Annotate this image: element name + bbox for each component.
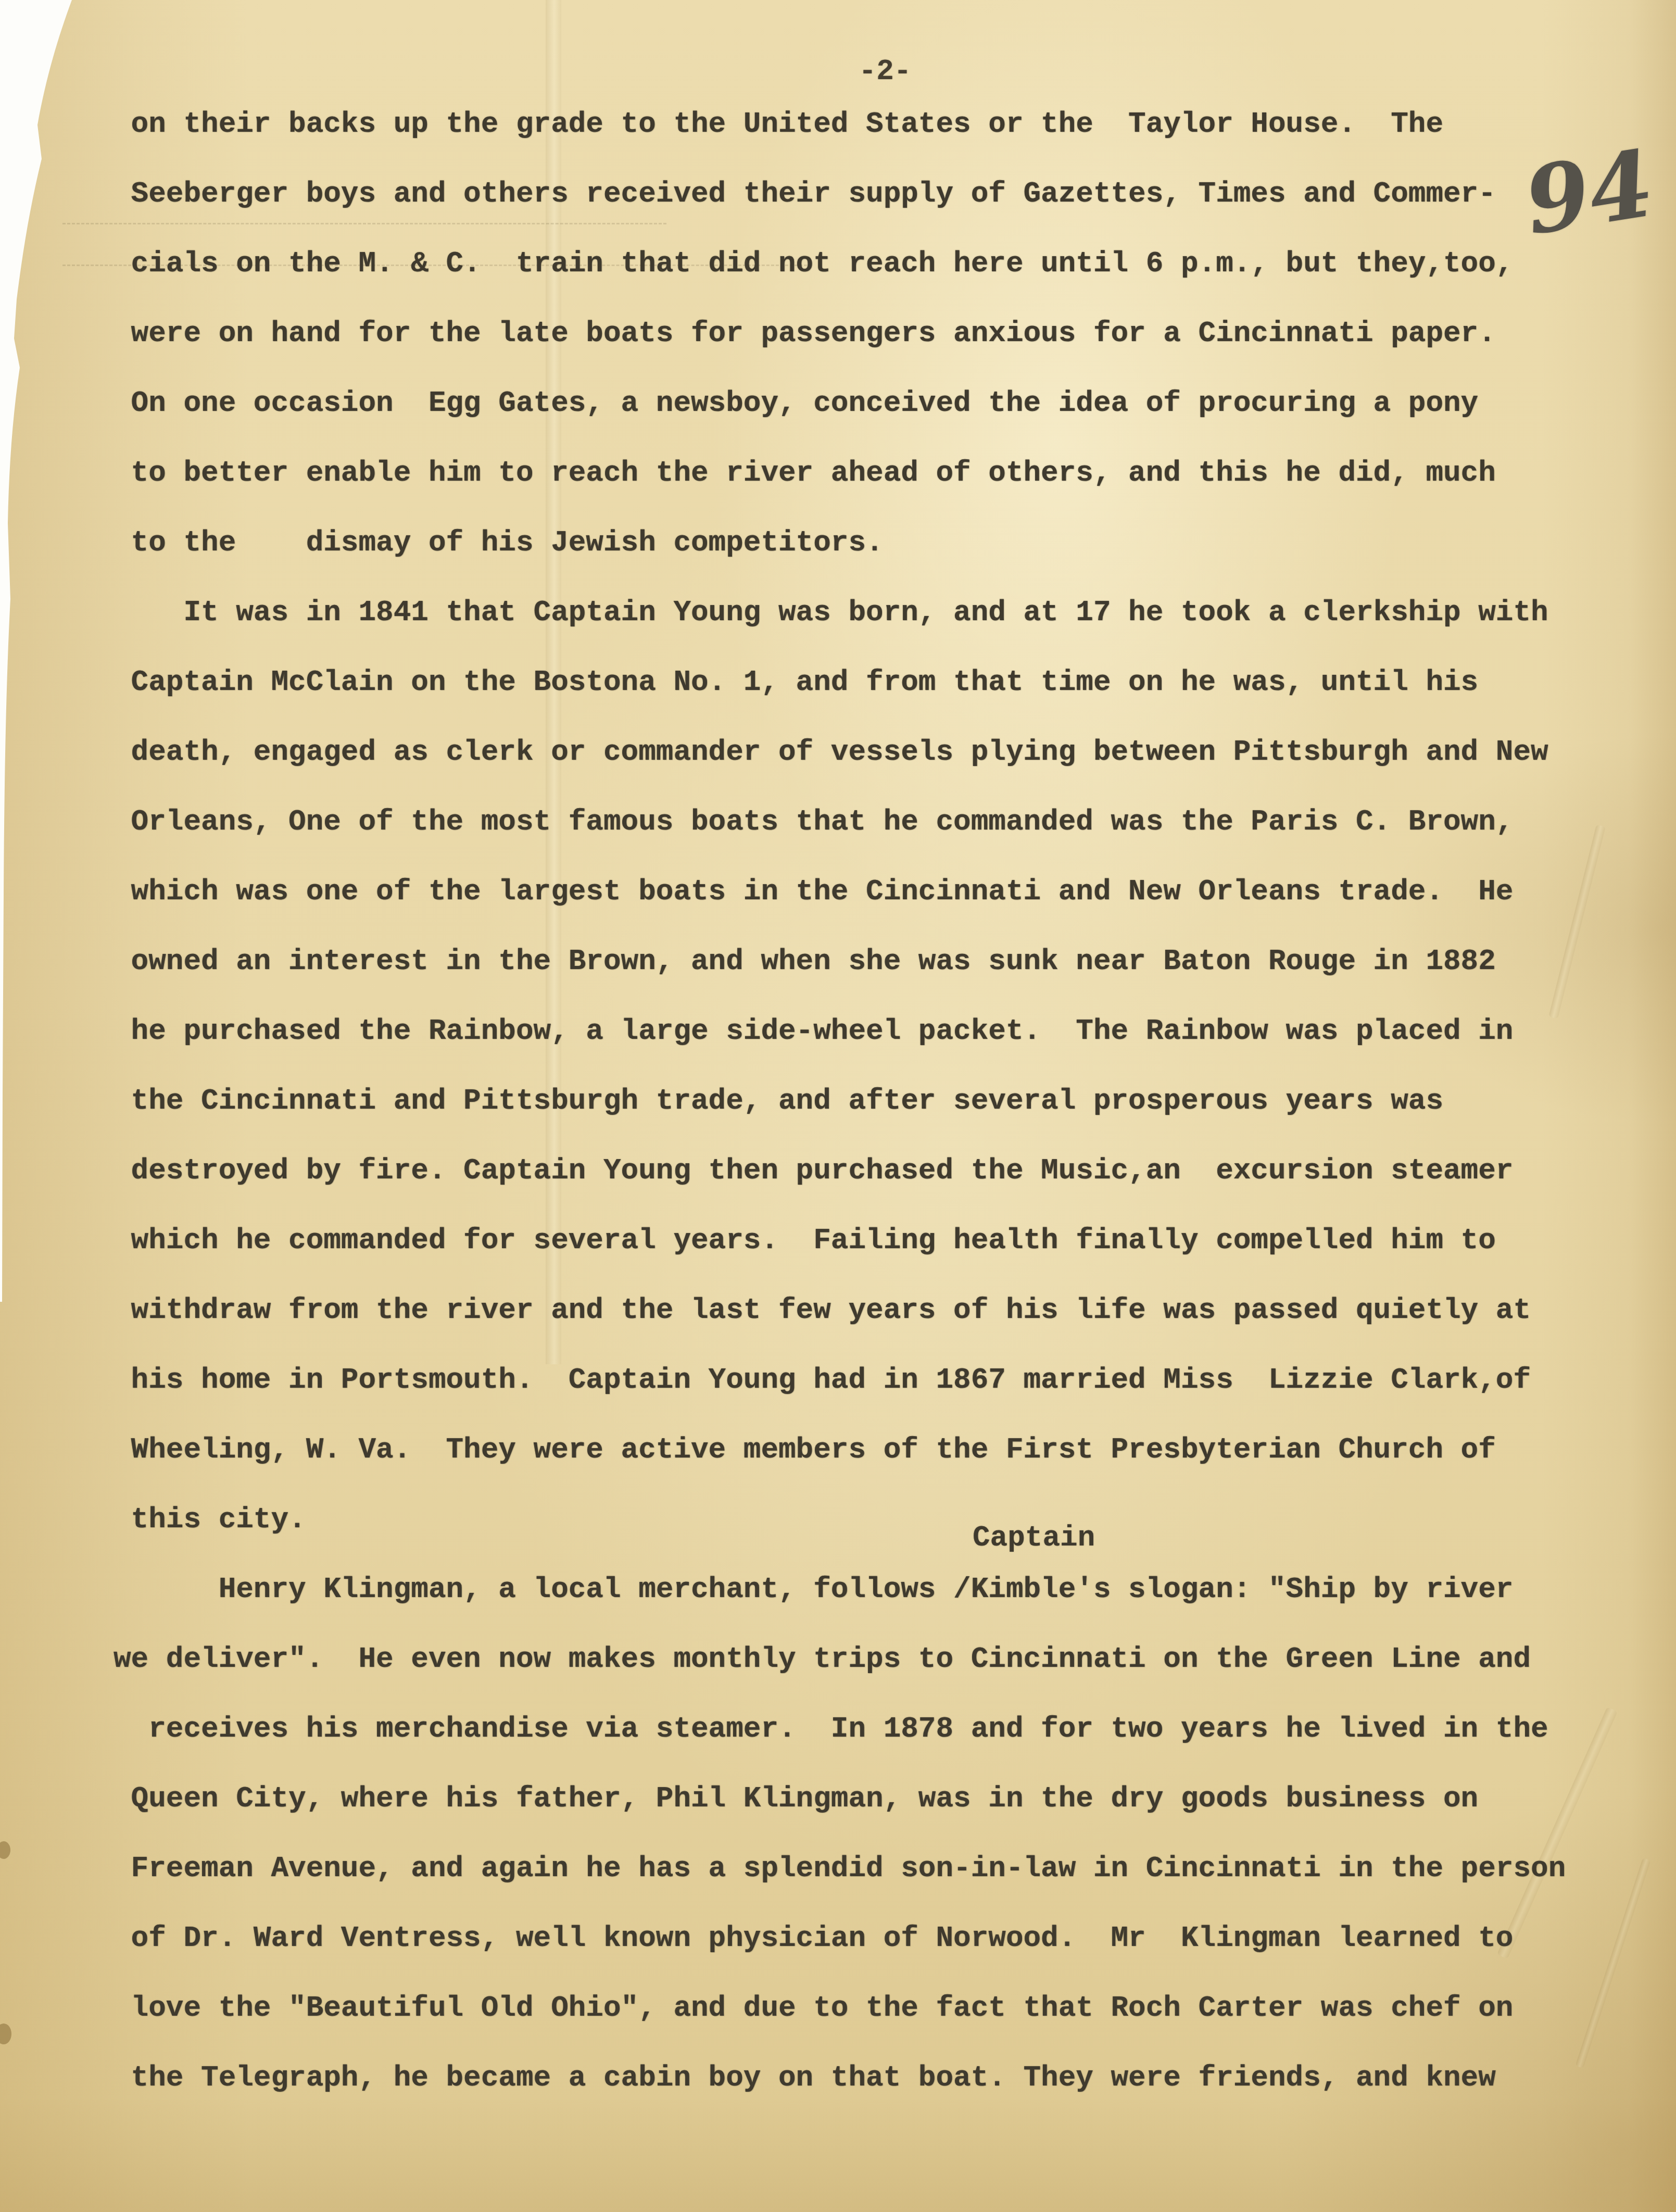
typed-line: It was in 1841 that Captain Young was bo… <box>114 577 1566 647</box>
typed-line: Orleans, One of the most famous boats th… <box>114 787 1566 857</box>
typed-line: owned an interest in the Brown, and when… <box>114 926 1566 996</box>
typed-line: we deliver". He even now makes monthly t… <box>114 1624 1566 1694</box>
interlinear-insertion: Captain <box>973 1523 1095 1552</box>
page-number-header: -2- <box>859 55 912 88</box>
typed-line: death, engaged as clerk or commander of … <box>114 717 1566 787</box>
typed-line: the Cincinnati and Pittsburgh trade, and… <box>114 1066 1566 1136</box>
typed-line: to better enable him to reach the river … <box>114 438 1566 508</box>
typed-line: which he commanded for several years. Fa… <box>114 1205 1566 1275</box>
typed-line: which was one of the largest boats in th… <box>114 857 1566 926</box>
typed-line: this city. <box>114 1485 1566 1554</box>
typed-line: destroyed by fire. Captain Young then pu… <box>114 1136 1566 1205</box>
typed-line: Captain McClain on the Bostona No. 1, an… <box>114 647 1566 717</box>
typed-text-block: on their backs up the grade to the Unite… <box>114 89 1566 2113</box>
typed-line: love the "Beautiful Old Ohio", and due t… <box>114 1973 1566 2043</box>
typed-line: on their backs up the grade to the Unite… <box>114 89 1566 159</box>
typed-line: receives his merchandise via steamer. In… <box>114 1694 1566 1764</box>
typed-line: cials on the M. & C. train that did not … <box>114 229 1566 298</box>
typed-line: Henry Klingman, a local merchant, follow… <box>114 1554 1566 1624</box>
typed-line: to the dismay of his Jewish competitors. <box>114 508 1566 577</box>
typed-line: his home in Portsmouth. Captain Young ha… <box>114 1345 1566 1415</box>
typed-line: Queen City, where his father, Phil Kling… <box>114 1764 1566 1833</box>
typed-line: the Telegraph, he became a cabin boy on … <box>114 2043 1566 2113</box>
typed-line: On one occasion Egg Gates, a newsboy, co… <box>114 368 1566 438</box>
typed-line: of Dr. Ward Ventress, well known physici… <box>114 1903 1566 1973</box>
scanned-document-page: -2- 94 on their backs up the grade to th… <box>0 0 1676 2212</box>
typed-line: he purchased the Rainbow, a large side-w… <box>114 996 1566 1066</box>
typed-line: withdraw from the river and the last few… <box>114 1275 1566 1345</box>
typed-line: Seeberger boys and others received their… <box>114 159 1566 229</box>
typed-line: Wheeling, W. Va. They were active member… <box>114 1415 1566 1485</box>
typed-line: Freeman Avenue, and again he has a splen… <box>114 1833 1566 1903</box>
typed-line: were on hand for the late boats for pass… <box>114 298 1566 368</box>
